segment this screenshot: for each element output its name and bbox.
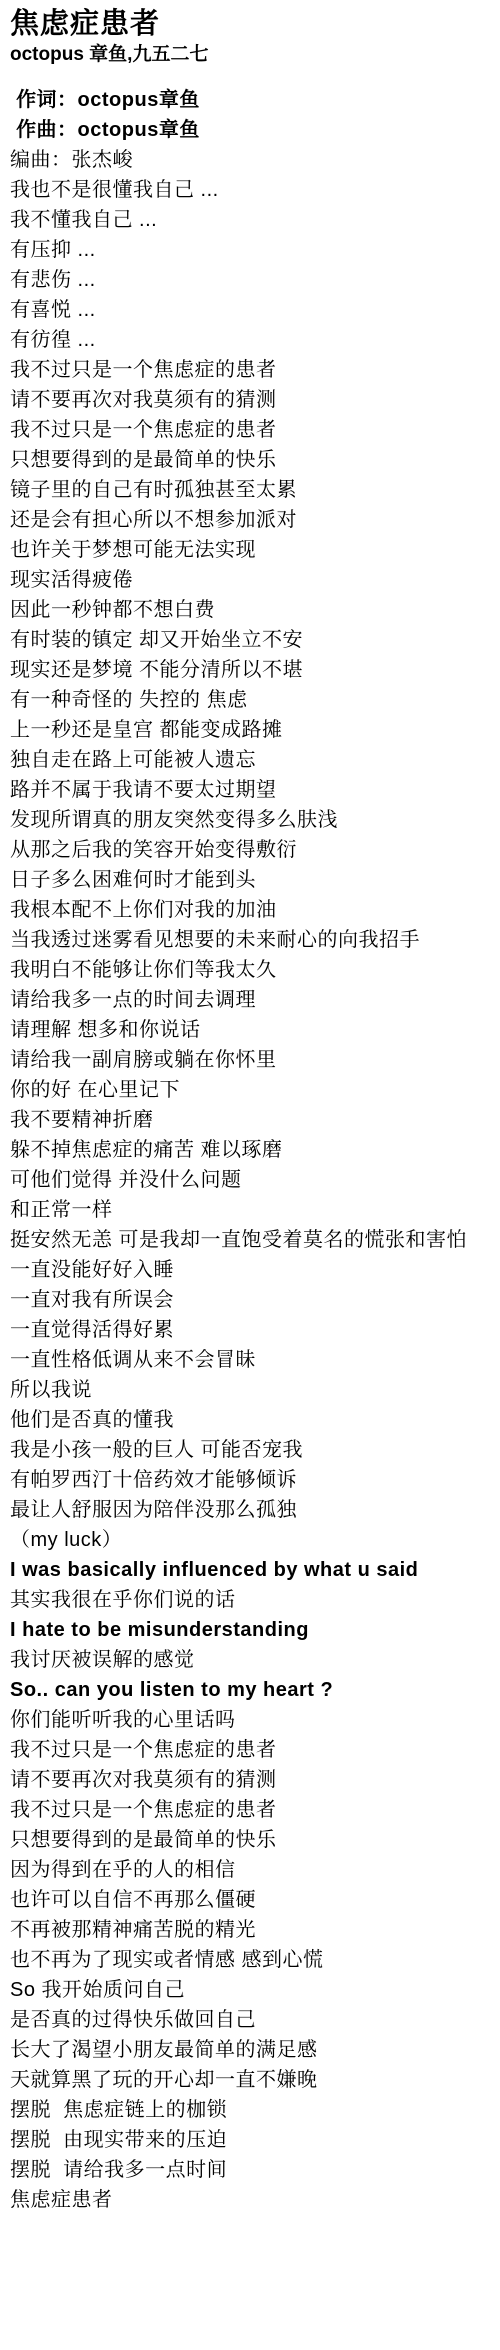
- lyric-line: 一直没能好好入睡: [10, 1255, 492, 1285]
- lyric-line: 摆脱 请给我多一点时间: [10, 2155, 492, 2185]
- lyric-line: 一直对我有所误会: [10, 1285, 492, 1315]
- lyrics-body: 作词：octopus章鱼 作曲：octopus章鱼编曲：张杰峻我也不是很懂我自己…: [10, 85, 492, 2215]
- lyric-line: 当我透过迷雾看见想要的未来耐心的向我招手: [10, 925, 492, 955]
- lyric-line: 日子多么困难何时才能到头: [10, 865, 492, 895]
- lyric-line: 发现所谓真的朋友突然变得多么肤浅: [10, 805, 492, 835]
- lyric-line-emphasis: I hate to be misunderstanding: [10, 1615, 492, 1645]
- artist-name: octopus 章鱼,九五二七: [10, 44, 492, 66]
- lyric-line: 路并不属于我请不要太过期望: [10, 775, 492, 805]
- lyric-line: 我讨厌被误解的感觉: [10, 1645, 492, 1675]
- lyric-line: 最让人舒服因为陪伴没那么孤独: [10, 1495, 492, 1525]
- lyric-line: 摆脱 焦虑症链上的枷锁: [10, 2095, 492, 2125]
- lyric-line: 有帕罗西汀十倍药效才能够倾诉: [10, 1465, 492, 1495]
- lyric-line: 请给我多一点的时间去调理: [10, 985, 492, 1015]
- lyric-line: 也不再为了现实或者情感 感到心慌: [10, 1945, 492, 1975]
- lyric-line: 有悲伤 ...: [10, 265, 492, 295]
- lyric-line: 只想要得到的是最简单的快乐: [10, 1825, 492, 1855]
- lyrics-page: 焦虑症患者 octopus 章鱼,九五二七 作词：octopus章鱼 作曲：oc…: [0, 0, 500, 2350]
- lyric-line: 因此一秒钟都不想白费: [10, 595, 492, 625]
- lyric-line: So 我开始质问自己: [10, 1975, 492, 2005]
- lyric-line: 我不要精神折磨: [10, 1105, 492, 1135]
- lyric-line: 请不要再次对我莫须有的猜测: [10, 385, 492, 415]
- lyric-line-emphasis: 作曲：octopus章鱼: [10, 115, 492, 145]
- lyric-line: 我是小孩一般的巨人 可能否宠我: [10, 1435, 492, 1465]
- lyric-line: 你们能听听我的心里话吗: [10, 1705, 492, 1735]
- lyric-line: 请理解 想多和你说话: [10, 1015, 492, 1045]
- lyric-line: 现实活得疲倦: [10, 565, 492, 595]
- lyric-line: 有时装的镇定 却又开始坐立不安: [10, 625, 492, 655]
- lyric-line: 长大了渴望小朋友最简单的满足感: [10, 2035, 492, 2065]
- lyric-line: 他们是否真的懂我: [10, 1405, 492, 1435]
- lyric-line: 有压抑 ...: [10, 235, 492, 265]
- lyric-line: 不再被那精神痛苦脱的精光: [10, 1915, 492, 1945]
- lyric-line: 我不过只是一个焦虑症的患者: [10, 1795, 492, 1825]
- lyric-line: 现实还是梦境 不能分清所以不堪: [10, 655, 492, 685]
- lyric-line: 我不过只是一个焦虑症的患者: [10, 415, 492, 445]
- lyric-line: 独自走在路上可能被人遗忘: [10, 745, 492, 775]
- lyric-line: 还是会有担心所以不想参加派对: [10, 505, 492, 535]
- lyric-line: 也许关于梦想可能无法实现: [10, 535, 492, 565]
- lyric-line: 挺安然无恙 可是我却一直饱受着莫名的慌张和害怕: [10, 1225, 492, 1255]
- lyric-line: 和正常一样: [10, 1195, 492, 1225]
- lyric-line: 我不过只是一个焦虑症的患者: [10, 1735, 492, 1765]
- lyric-line: 我不懂我自己 ...: [10, 205, 492, 235]
- lyric-line: 有一种奇怪的 失控的 焦虑: [10, 685, 492, 715]
- lyric-line: 你的好 在心里记下: [10, 1075, 492, 1105]
- lyric-line: 是否真的过得快乐做回自己: [10, 2005, 492, 2035]
- lyric-line: 我根本配不上你们对我的加油: [10, 895, 492, 925]
- lyric-line: 其实我很在乎你们说的话: [10, 1585, 492, 1615]
- lyric-line: 我不过只是一个焦虑症的患者: [10, 355, 492, 385]
- lyric-line-emphasis: 作词：octopus章鱼: [10, 85, 492, 115]
- lyric-line: 只想要得到的是最简单的快乐: [10, 445, 492, 475]
- lyric-line: 镜子里的自己有时孤独甚至太累: [10, 475, 492, 505]
- lyric-line: 焦虑症患者: [10, 2185, 492, 2215]
- lyric-line: 所以我说: [10, 1375, 492, 1405]
- lyric-line: 请不要再次对我莫须有的猜测: [10, 1765, 492, 1795]
- lyric-line: 我也不是很懂我自己 ...: [10, 175, 492, 205]
- lyric-line: 上一秒还是皇宫 都能变成路摊: [10, 715, 492, 745]
- lyric-line-emphasis: I was basically influenced by what u sai…: [10, 1555, 492, 1585]
- lyric-line: 可他们觉得 并没什么问题: [10, 1165, 492, 1195]
- lyric-line-emphasis: So.. can you listen to my heart ?: [10, 1675, 492, 1705]
- lyric-line: 摆脱 由现实带来的压迫: [10, 2125, 492, 2155]
- lyric-line: 也许可以自信不再那么僵硬: [10, 1885, 492, 1915]
- lyric-line: 请给我一副肩膀或躺在你怀里: [10, 1045, 492, 1075]
- lyric-line: 一直觉得活得好累: [10, 1315, 492, 1345]
- lyric-line: 编曲：张杰峻: [10, 145, 492, 175]
- lyric-line: 因为得到在乎的人的相信: [10, 1855, 492, 1885]
- lyric-line: 躲不掉焦虑症的痛苦 难以琢磨: [10, 1135, 492, 1165]
- lyric-line: 一直性格低调从来不会冒昧: [10, 1345, 492, 1375]
- lyric-line: 有彷徨 ...: [10, 325, 492, 355]
- lyric-line: 从那之后我的笑容开始变得敷衍: [10, 835, 492, 865]
- song-title: 焦虑症患者: [10, 6, 492, 42]
- lyric-line: 我明白不能够让你们等我太久: [10, 955, 492, 985]
- lyric-line: 天就算黑了玩的开心却一直不嫌晚: [10, 2065, 492, 2095]
- lyric-line: 有喜悦 ...: [10, 295, 492, 325]
- lyric-line: （my luck）: [10, 1525, 492, 1555]
